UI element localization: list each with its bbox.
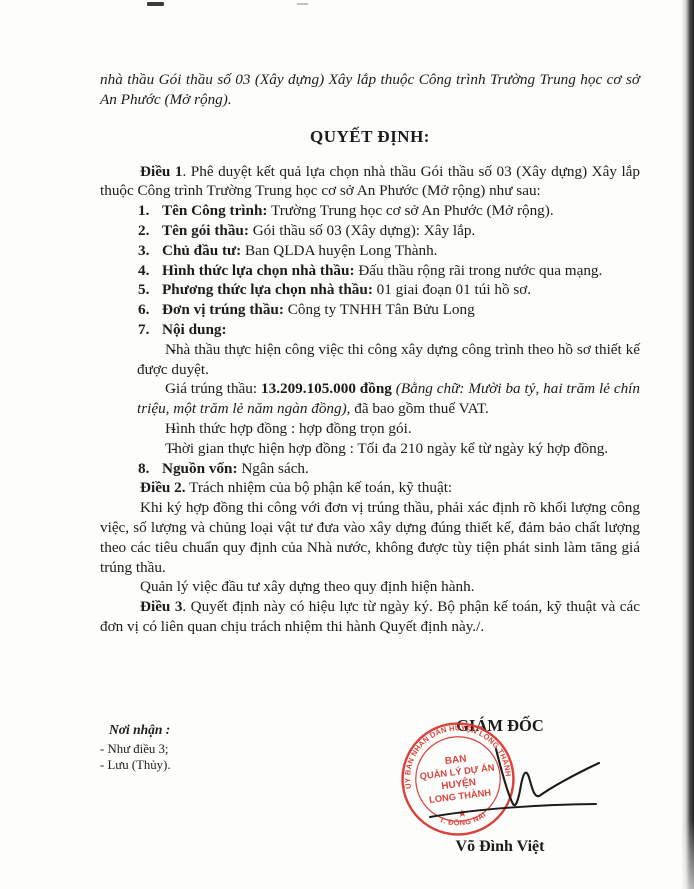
item-label: Chủ đầu tư:: [162, 242, 241, 259]
article-2-body-1: Khi ký hợp đồng thi công với đơn vị trún…: [100, 498, 640, 577]
recipient-line: - Như điều 3;: [100, 741, 171, 758]
scan-edge-shadow: [681, 0, 694, 889]
scan-artifact: [147, 2, 164, 6]
scanned-document-page: nhà thầu Gói thầu số 03 (Xây dựng) Xây l…: [0, 0, 694, 889]
winning-bid-amount: 13.209.105.000 đồng: [261, 380, 392, 397]
item-text: Đấu thầu rộng rãi trong nước qua mạng.: [355, 262, 603, 279]
article-3-label: Điều 3: [140, 598, 182, 615]
item-number: 6.: [138, 300, 149, 320]
item-text: Ngân sách.: [238, 460, 309, 477]
article-2-text: Trách nhiệm của bộ phận kế toán, kỹ thuậ…: [186, 479, 453, 496]
sub-list-item: -Thời gian thực hiện hợp đồng : Tối đa 2…: [100, 439, 640, 459]
item-label: Phương thức lựa chọn nhà thầu:: [162, 281, 373, 298]
list-item: 7.Nội dung:: [100, 320, 640, 340]
sub-item-text: Hình thức hợp đồng : hợp đồng trọn gói.: [165, 420, 412, 437]
signature: [418, 733, 610, 825]
item-number: 5.: [138, 280, 149, 300]
recipients-block: Nơi nhận : - Như điều 3; - Lưu (Thủy).: [100, 722, 171, 774]
article-2-body-2: Quản lý việc đầu tư xây dựng theo quy đị…: [100, 577, 640, 597]
item-label: Đơn vị trúng thầu:: [162, 301, 284, 318]
sub-list-item: -Nhà thầu thực hiện công việc thi công x…: [100, 340, 640, 380]
item-number: 8.: [138, 459, 149, 479]
item-text: 01 giai đoạn 01 túi hồ sơ.: [373, 281, 531, 298]
price-suffix: , đã bao gồm thuế VAT.: [347, 400, 489, 417]
dash-marker: -: [143, 419, 176, 439]
item-number: 7.: [138, 320, 149, 340]
list-item: 2.Tên gói thầu: Gói thầu số 03 (Xây dựng…: [100, 221, 640, 241]
article-1-label: Điều 1: [140, 163, 182, 180]
article-3: Điều 3. Quyết định này có hiệu lực từ ng…: [100, 597, 640, 637]
sub-list-item: -Hình thức hợp đồng : hợp đồng trọn gói.: [100, 419, 640, 439]
article-2: Điều 2. Trách nhiệm của bộ phận kế toán,…: [100, 478, 640, 498]
list-item: 3.Chủ đầu tư: Ban QLDA huyện Long Thành.: [100, 241, 640, 261]
dash-marker: -: [143, 379, 176, 399]
article-1: Điều 1. Phê duyệt kết quả lựa chọn nhà t…: [100, 162, 640, 202]
signature-stroke: [496, 749, 599, 805]
list-item: 1.Tên Công trình: Trường Trung học cơ sở…: [100, 201, 640, 221]
item-number: 1.: [138, 201, 149, 221]
item-number: 2.: [138, 221, 149, 241]
list-item: 6.Đơn vị trúng thầu: Công ty TNHH Tân Bử…: [100, 300, 640, 320]
item-text: Ban QLDA huyện Long Thành.: [241, 242, 437, 259]
list-item: 5.Phương thức lựa chọn nhà thầu: 01 giai…: [100, 280, 640, 300]
scan-edge-fade: [681, 819, 694, 889]
item-label: Tên gói thầu:: [162, 222, 249, 239]
sub-item-text: Nhà thầu thực hiện công việc thi công xâ…: [137, 341, 640, 378]
item-text: Công ty TNHH Tân Bửu Long: [284, 301, 475, 318]
signature-underline: [430, 804, 596, 817]
sub-item-text: Thời gian thực hiện hợp đồng : Tối đa 21…: [165, 440, 608, 457]
item-number: 4.: [138, 261, 149, 281]
document-body: nhà thầu Gói thầu số 03 (Xây dựng) Xây l…: [100, 70, 640, 637]
sub-list-item: -Giá trúng thầu: 13.209.105.000 đồng (Bằ…: [100, 379, 640, 419]
list-item: 4.Hình thức lựa chọn nhà thầu: Đấu thầu …: [100, 261, 640, 281]
list-item: 8.Nguồn vốn: Ngân sách.: [100, 459, 640, 479]
signer-name: Võ Đình Việt: [420, 838, 580, 856]
document-title: QUYẾT ĐỊNH:: [100, 126, 640, 148]
recipient-line: - Lưu (Thủy).: [100, 757, 171, 774]
item-text: Trường Trung học cơ sở An Phước (Mở rộng…: [267, 202, 553, 219]
recipients-label: Nơi nhận :: [100, 722, 171, 739]
item-label: Hình thức lựa chọn nhà thầu:: [162, 262, 355, 279]
scan-artifact: [297, 3, 308, 5]
price-prefix: Giá trúng thầu:: [165, 380, 261, 397]
item-label: Tên Công trình:: [162, 202, 267, 219]
item-number: 3.: [138, 241, 149, 261]
item-label: Nguồn vốn:: [162, 460, 238, 477]
intro-paragraph: nhà thầu Gói thầu số 03 (Xây dựng) Xây l…: [100, 70, 640, 110]
article-2-label: Điều 2.: [140, 479, 186, 496]
item-text: Gói thầu số 03 (Xây dựng): Xây lắp.: [249, 222, 475, 239]
dash-marker: -: [143, 340, 176, 360]
item-label: Nội dung:: [162, 321, 227, 338]
dash-marker: -: [143, 439, 176, 459]
